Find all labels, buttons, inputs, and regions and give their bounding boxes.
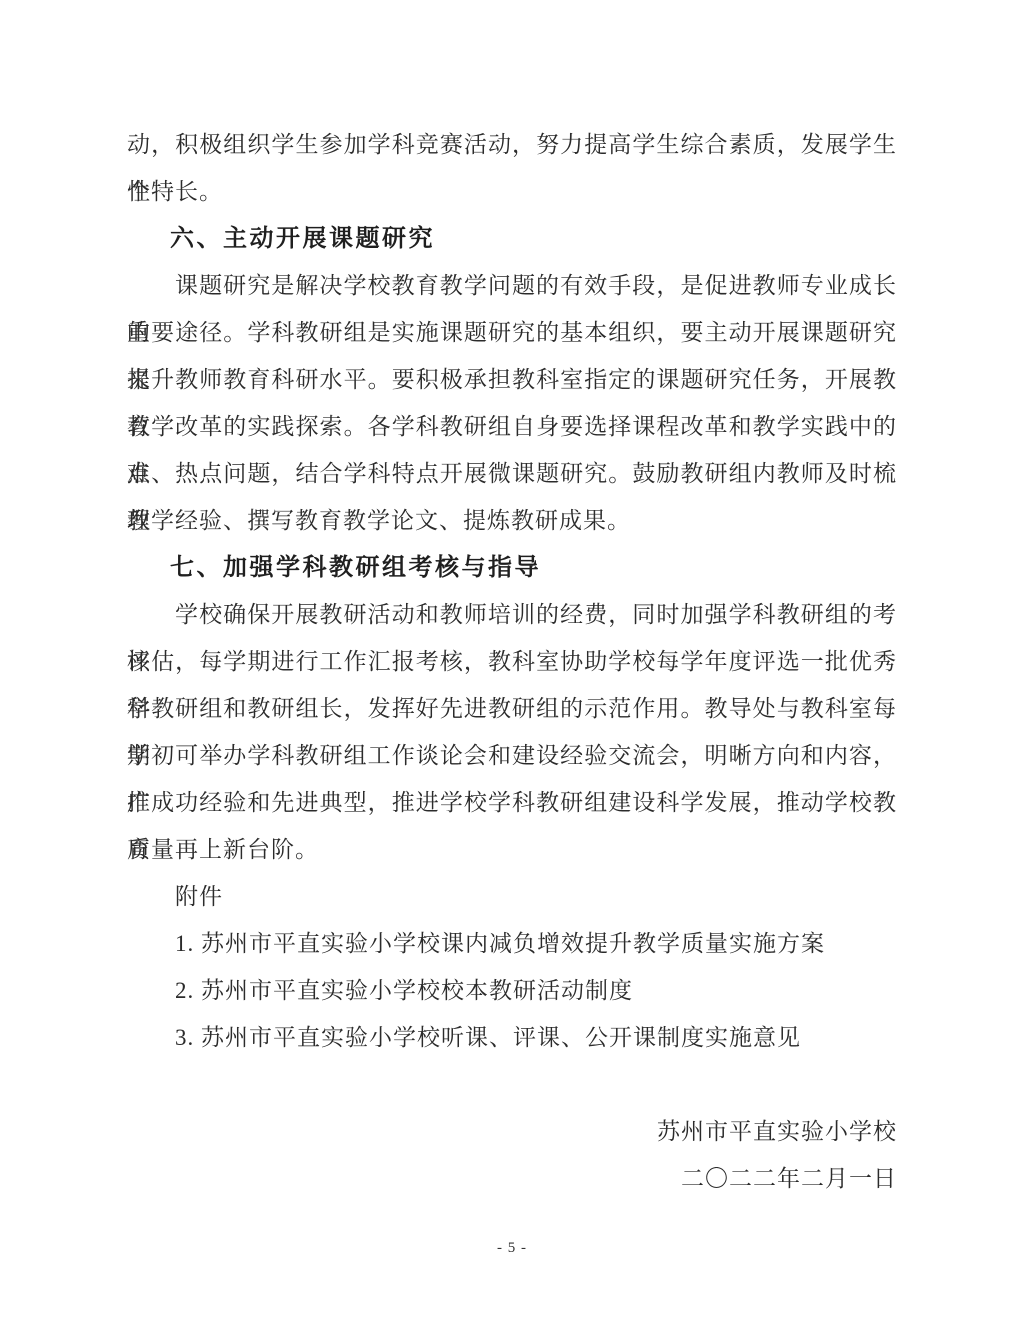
signature-issuer: 苏州市平直实验小学校: [127, 1108, 897, 1155]
blank-line: [127, 1061, 897, 1108]
paragraph-line: 学校确保开展教研活动和教师培训的经费，同时加强学科教研组的考核: [127, 591, 897, 638]
section-heading-seven: 七、加强学科教研组考核与指导: [127, 544, 897, 591]
section-heading-six: 六、主动开展课题研究: [127, 215, 897, 262]
paragraph-continuation-line: 动，积极组织学生参加学科竞赛活动，努力提高学生综合素质，发展学生个: [127, 121, 897, 168]
paragraph-line: 广成功经验和先进典型，推进学校学科教研组建设科学发展，推动学校教育: [127, 779, 897, 826]
paragraph-line: 课题研究是解决学校教育教学问题的有效手段，是促进教师专业成长的: [127, 262, 897, 309]
paragraph-line: 教学经验、撰写教育教学论文、提炼教研成果。: [127, 497, 897, 544]
paragraph-line: 质量再上新台阶。: [127, 826, 897, 873]
paragraph-line: 期初可举办学科教研组工作谈论会和建设经验交流会，明晰方向和内容，推: [127, 732, 897, 779]
attachment-item: 3. 苏州市平直实验小学校听课、评课、公开课制度实施意见: [127, 1014, 897, 1061]
signature-date: 二〇二二年二月一日: [127, 1155, 897, 1202]
paragraph-line: 重要途径。学科教研组是实施课题研究的基本组织，要主动开展课题研究来: [127, 309, 897, 356]
paragraph-line: 评估，每学期进行工作汇报考核，教科室协助学校每学年度评选一批优秀学: [127, 638, 897, 685]
page-number: - 5 -: [0, 1240, 1024, 1257]
page-body: 动，积极组织学生参加学科竞赛活动，努力提高学生综合素质，发展学生个 性特长。 六…: [127, 121, 897, 1202]
document-page: 动，积极组织学生参加学科竞赛活动，努力提高学生综合素质，发展学生个 性特长。 六…: [0, 0, 1024, 1325]
paragraph-continuation-line: 性特长。: [127, 168, 897, 215]
paragraph-line: 点、热点问题，结合学科特点开展微课题研究。鼓励教研组内教师及时梳理: [127, 450, 897, 497]
attachments-label: 附件: [127, 873, 897, 920]
paragraph-line: 教学改革的实践探索。各学科教研组自身要选择课程改革和教学实践中的难: [127, 403, 897, 450]
paragraph-line: 科教研组和教研组长，发挥好先进教研组的示范作用。教导处与教科室每学: [127, 685, 897, 732]
attachment-item: 1. 苏州市平直实验小学校课内减负增效提升教学质量实施方案: [127, 920, 897, 967]
attachment-item: 2. 苏州市平直实验小学校校本教研活动制度: [127, 967, 897, 1014]
paragraph-line: 提升教师教育科研水平。要积极承担教科室指定的课题研究任务，开展教育: [127, 356, 897, 403]
